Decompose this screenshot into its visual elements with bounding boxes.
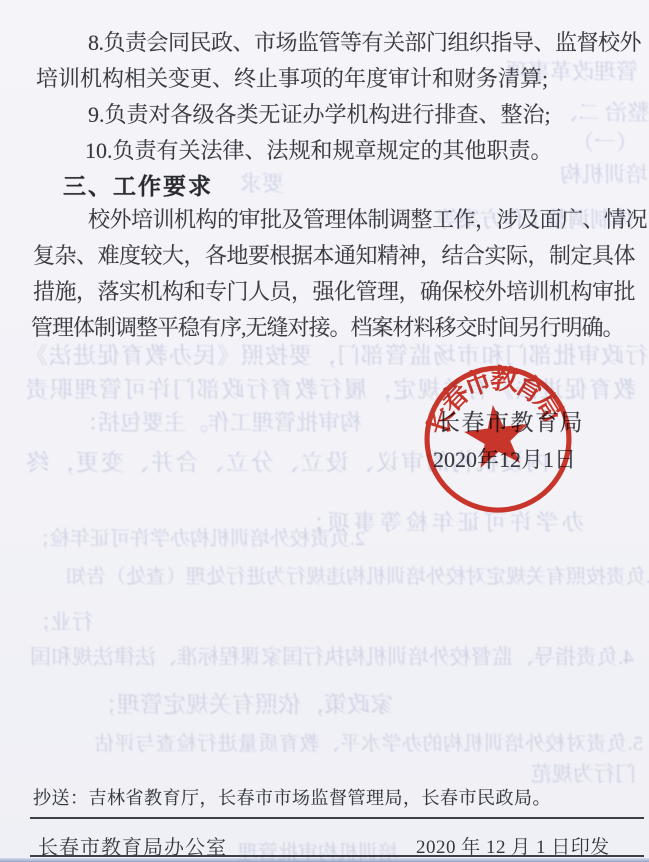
- body-paragraph-line-1: 校外培训机构的审批及管理体制调整工作，涉及面广、情况: [88, 203, 647, 234]
- official-seal: 长 春 市 教 育 局: [411, 357, 585, 525]
- bleedthrough-line: 整治 二、: [556, 96, 649, 127]
- bleedthrough-line: 2.负责校外培训机构办学许可证年检；: [30, 522, 365, 551]
- scanned-document-page: 管理改革事项 整治 二、 （一） 培训机构 要求 体制调整工作方案等 行政审批部…: [0, 0, 649, 862]
- body-line-item-8-cont: 培训机构相关变更、终止事项的年度审计和财务清算;: [36, 62, 548, 93]
- bleedthrough-line: 4.负责指导、监督校外培训机构执行国家课程标准、法律法规和国: [30, 641, 634, 671]
- footer-rule-bottom: [30, 855, 644, 857]
- bleedthrough-line: 构审批管理工作。主要包括：: [76, 406, 362, 437]
- body-paragraph-line-2: 复杂、难度较大，各地要根据本通知精神，结合实际，制定具体: [33, 239, 635, 270]
- bleedthrough-line: 要求: [240, 167, 284, 198]
- body-paragraph-line-3: 措施，落实机构和专门人员，强化管理，确保校外培训机构审批: [33, 275, 635, 306]
- body-paragraph-line-4: 管理体制调整平稳有序,无缝对接。档案材料移交时间另行明确。: [31, 311, 624, 342]
- footer-rule-top: [30, 817, 644, 819]
- seal-star-icon: [461, 401, 532, 469]
- body-line-item-10: 10.负责有关法律、法规和规章规定的其他职责。: [85, 134, 553, 165]
- cc-line: 抄送：吉林省教育厅，长春市市场监督管理局，长春市民政局。: [33, 784, 551, 810]
- bleedthrough-line: 3.负责按照有关规定对校外培训机构违规行为进行处理（查处）告知: [66, 560, 649, 589]
- section-heading: 三、工作要求: [63, 168, 213, 201]
- bleedthrough-line: 家政策，依照有关规定管理；: [94, 686, 393, 719]
- bleedthrough-line: 5.负责对校外培训机构的办学水平、教育质量进行检查与评估: [94, 727, 643, 756]
- body-line-item-8: 8.负责会同民政、市场监管等有关部门组织指导、监督校外: [88, 26, 641, 57]
- body-line-item-9: 9.负责对各级各类无证办学机构进行排查、整治;: [88, 98, 551, 129]
- bleedthrough-line: 培训机构: [560, 158, 648, 189]
- bleedthrough-line: （一）: [572, 126, 638, 157]
- bleedthrough-line: 行业；: [30, 606, 93, 636]
- scan-edge-artifact: [0, 858, 649, 862]
